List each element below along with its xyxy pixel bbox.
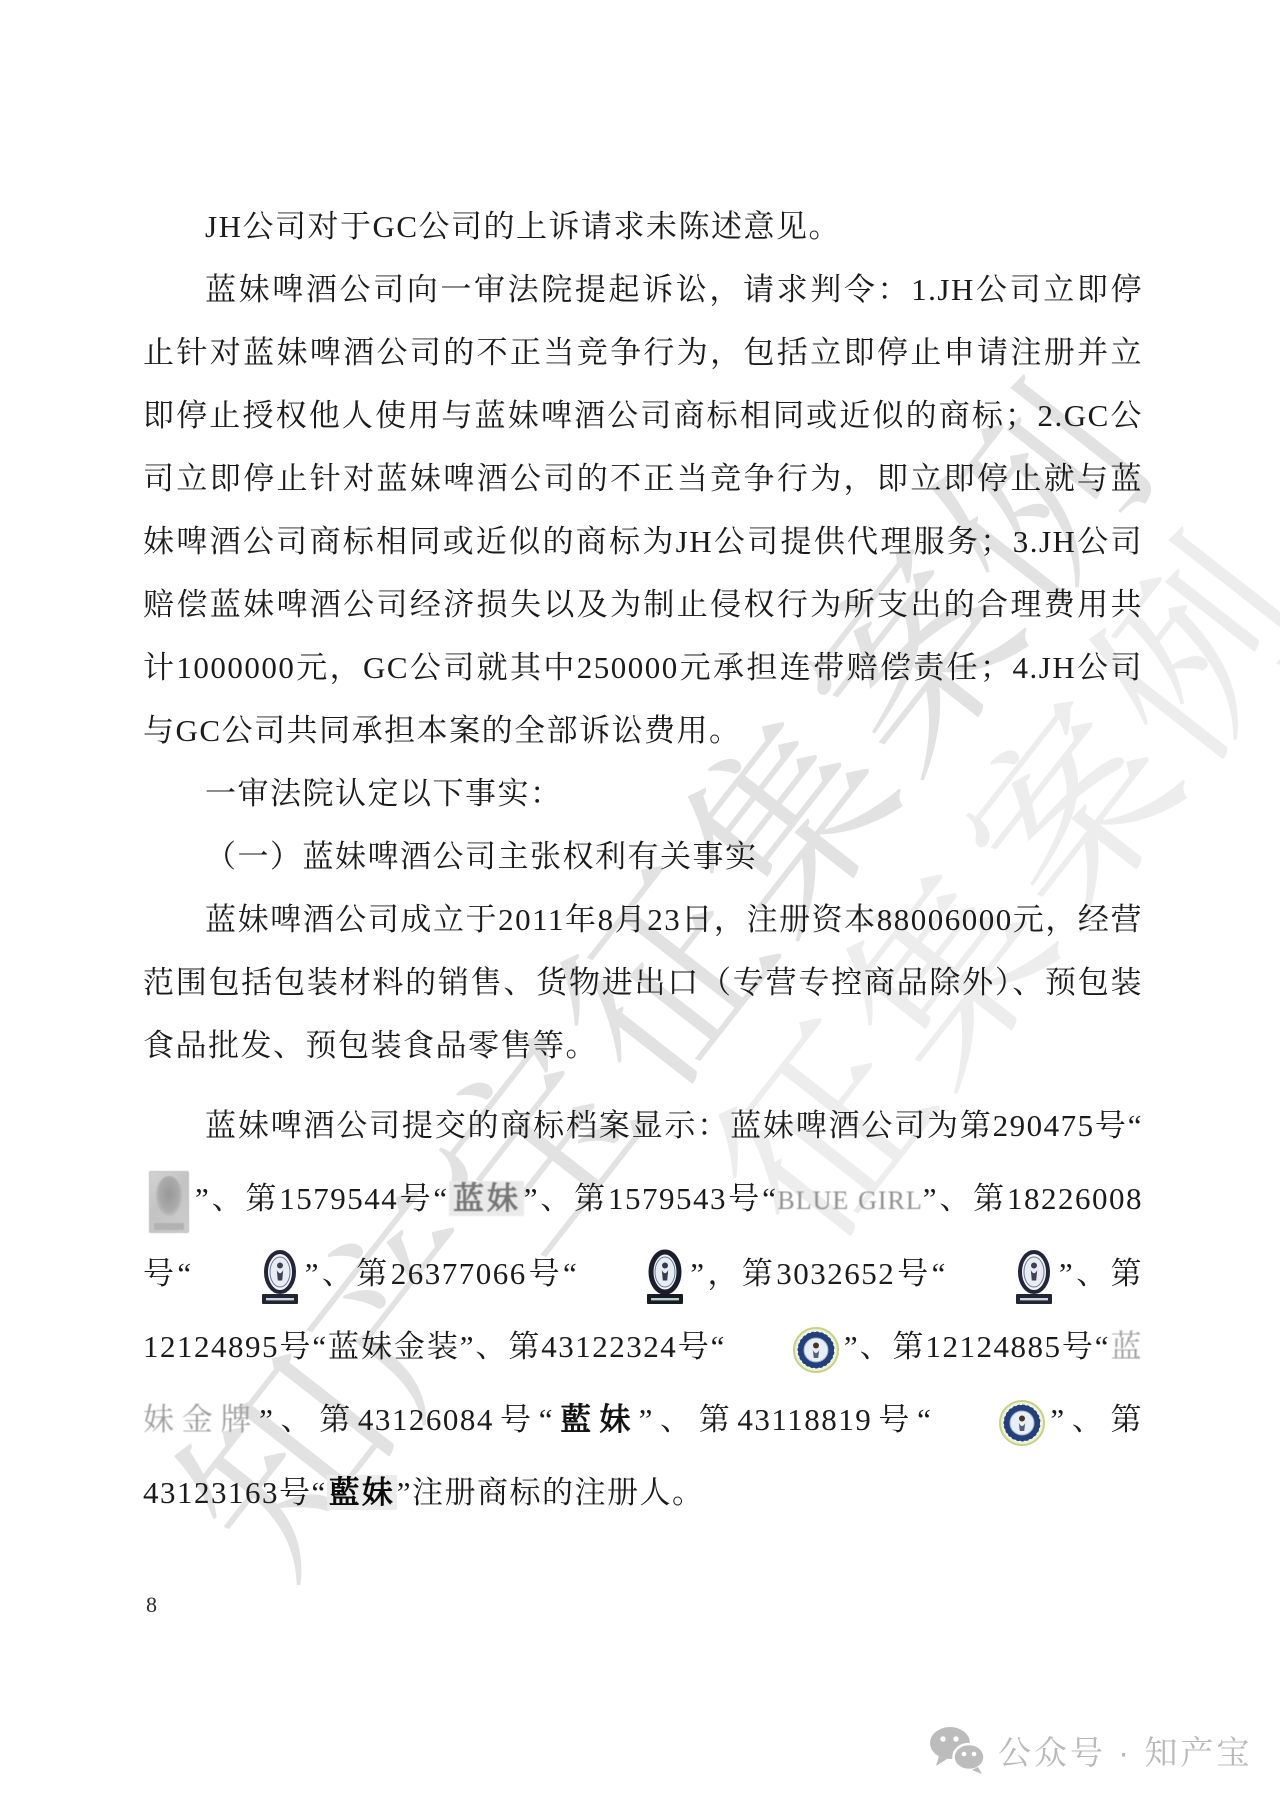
trademark-text: ”注册商标的注册人。 bbox=[397, 1475, 705, 1510]
trademark-paragraph: 蓝妹啤酒公司提交的商标档案显示：蓝妹啤酒公司为第290475号“”、第15795… bbox=[143, 1089, 1143, 1529]
trademark-text: ”、第1579544号“ bbox=[195, 1181, 449, 1216]
oval-emblem-trademark-image bbox=[947, 1249, 1059, 1305]
wechat-icon bbox=[928, 1726, 986, 1774]
oval-emblem-trademark-image bbox=[578, 1249, 690, 1305]
lanmei-bold-trademark-image: 藍妹 bbox=[554, 1402, 639, 1437]
footer-label: 公众号 · 知产宝 bbox=[998, 1727, 1252, 1774]
paragraph: 蓝妹啤酒公司成立于2011年8月23日，注册资本88006000元，经营范围包括… bbox=[143, 888, 1143, 1077]
trademark-text: 蓝妹啤酒公司提交的商标档案显示：蓝妹啤酒公司为第290475号“ bbox=[205, 1108, 1143, 1143]
trademark-text: ”，第3032652号“ bbox=[690, 1256, 947, 1291]
paragraph: 蓝妹啤酒公司向一审法院提起诉讼，请求判令：1.JH公司立即停止针对蓝妹啤酒公司的… bbox=[143, 258, 1143, 762]
oval-emblem-trademark-image bbox=[193, 1249, 305, 1305]
document-page: 知产宝征集案例 征集案例 JH公司对于GC公司的上诉请求未陈述意见。 蓝妹啤酒公… bbox=[0, 0, 1280, 1810]
paragraph: JH公司对于GC公司的上诉请求未陈述意见。 bbox=[143, 195, 1143, 258]
round-seal-trademark-image bbox=[726, 1327, 844, 1373]
blue-girl-wordmark-image: BLUE GIRL bbox=[777, 1186, 922, 1215]
paragraph: 一审法院认定以下事实： bbox=[143, 762, 1143, 825]
trademark-text: ”、第43126084号“ bbox=[259, 1402, 554, 1437]
trademark-text: ”、第12124885号“ bbox=[844, 1329, 1110, 1364]
lanmei-black-bold-trademark-image: 藍妹 bbox=[327, 1475, 397, 1510]
trademark-text: ”、第43118819号“ bbox=[639, 1402, 933, 1437]
trademark-text: ”、第1579543号“ bbox=[524, 1181, 778, 1216]
section-heading: （一）蓝妹啤酒公司主张权利有关事实 bbox=[143, 825, 1143, 888]
girl-portrait-trademark-image bbox=[149, 1171, 189, 1233]
trademark-text: ”、第26377066号“ bbox=[305, 1256, 579, 1291]
round-seal-trademark-image bbox=[932, 1400, 1050, 1446]
page-number: 8 bbox=[146, 1592, 157, 1618]
document-body: JH公司对于GC公司的上诉请求未陈述意见。 蓝妹啤酒公司向一审法院提起诉讼，请求… bbox=[143, 195, 1143, 1529]
lanmei-gray-trademark-image: 蓝妹 bbox=[449, 1181, 524, 1216]
footer-branding: 公众号 · 知产宝 bbox=[928, 1726, 1252, 1774]
